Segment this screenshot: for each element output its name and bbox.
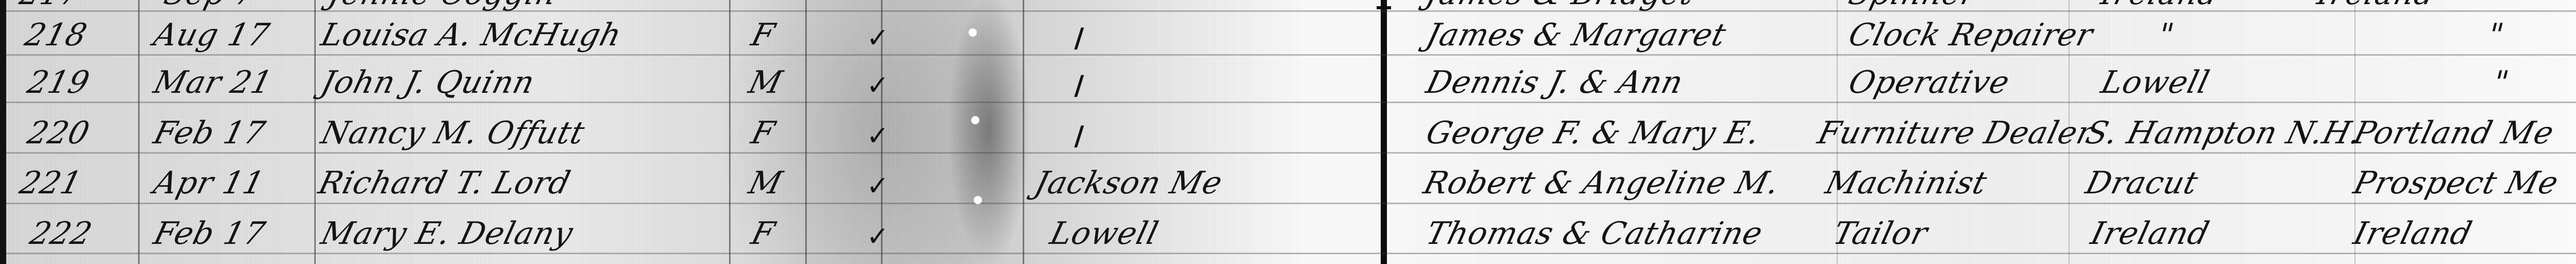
father-birthplace: S. Hampton N.H.: [2083, 118, 2365, 148]
column-rule-sex: [805, 0, 807, 264]
child-name: Mary E. Delany: [318, 218, 577, 249]
mother-birthplace: Ireland: [2315, 0, 2439, 9]
row-number: 217: [17, 0, 85, 9]
column-rule-date: [314, 0, 316, 264]
living-tick: /: [1074, 25, 1084, 52]
child-name: Nancy M. Offutt: [318, 118, 588, 148]
father-occupation: Tailor: [1831, 218, 1931, 249]
child-name: Jennie Coggin: [326, 0, 561, 9]
birth-date: Feb 17: [151, 118, 269, 148]
father-birthplace: Ireland: [2088, 218, 2213, 249]
child-name: Richard T. Lord: [316, 168, 574, 199]
page-divider: [1381, 0, 1387, 264]
child-name: Louisa A. McHugh: [318, 20, 625, 51]
recorded-check-icon: ✓: [867, 223, 889, 250]
parents-names: George F. & Mary E.: [1423, 118, 1764, 148]
row-number: 222: [27, 218, 95, 249]
row-rule: [6, 54, 2576, 56]
row-number: 219: [25, 67, 93, 98]
row-rule: [6, 203, 2576, 204]
scan-border: [0, 0, 6, 264]
parents-names: Thomas & Catharine: [1423, 218, 1766, 249]
row-number: 221: [17, 168, 85, 199]
scan-artifact-dot: [971, 116, 979, 124]
parents-names: Dennis J. & Ann: [1423, 67, 1687, 98]
father-occupation: Clock Repairer: [1846, 20, 2096, 51]
row-rule: [6, 253, 2576, 254]
scan-artifact-dot: [969, 28, 977, 37]
birth-date: Apr 11: [151, 168, 268, 199]
mother-birthplace: Prospect Me: [2351, 168, 2562, 199]
father-birthplace: Ireland: [2098, 0, 2223, 9]
father-occupation: Machinist: [1823, 168, 1990, 199]
father-occupation: Furniture Dealer: [1815, 118, 2097, 148]
living-tick: /: [1074, 123, 1084, 150]
parents-names: James & Bridget: [1423, 0, 1698, 9]
scan-artifact-dot: [974, 196, 982, 204]
child-name: John J. Quinn: [318, 67, 538, 98]
row-rule: [6, 102, 2576, 103]
birth-date: Aug 17: [151, 20, 273, 51]
recorded-check-icon: ✓: [867, 173, 889, 200]
row-rule: [6, 152, 2576, 154]
parents-names: Robert & Angeline M.: [1421, 168, 1783, 199]
mother-birthplace: Ireland: [2351, 218, 2476, 249]
row-number: 220: [25, 118, 93, 148]
row-number: 218: [22, 20, 90, 51]
birth-date: Mar 21: [151, 67, 276, 98]
living-tick: /: [1074, 72, 1084, 99]
recorded-check-icon: ✓: [867, 72, 889, 99]
column-rule-living: [1023, 0, 1024, 264]
birth-date: Feb 17: [151, 218, 269, 249]
birth-date: Sep 7: [161, 0, 260, 9]
father-occupation: Operative: [1846, 67, 2013, 98]
column-rule-name: [729, 0, 731, 264]
place-of-birth: Jackson Me: [1032, 168, 1226, 199]
parents-names: James & Margaret: [1423, 20, 1730, 51]
place-of-birth: Lowell: [1047, 218, 1162, 249]
father-birthplace: Dracut: [2083, 168, 2201, 199]
father-occupation: Spinner: [1846, 0, 1981, 9]
father-birthplace: Lowell: [2098, 67, 2213, 98]
mother-birthplace: Portland Me: [2351, 118, 2557, 148]
recorded-check-icon: ✓: [867, 25, 889, 52]
recorded-check-icon: ✓: [867, 123, 889, 150]
column-rule-no: [138, 0, 140, 264]
page-divider-tick: [1377, 6, 1391, 9]
